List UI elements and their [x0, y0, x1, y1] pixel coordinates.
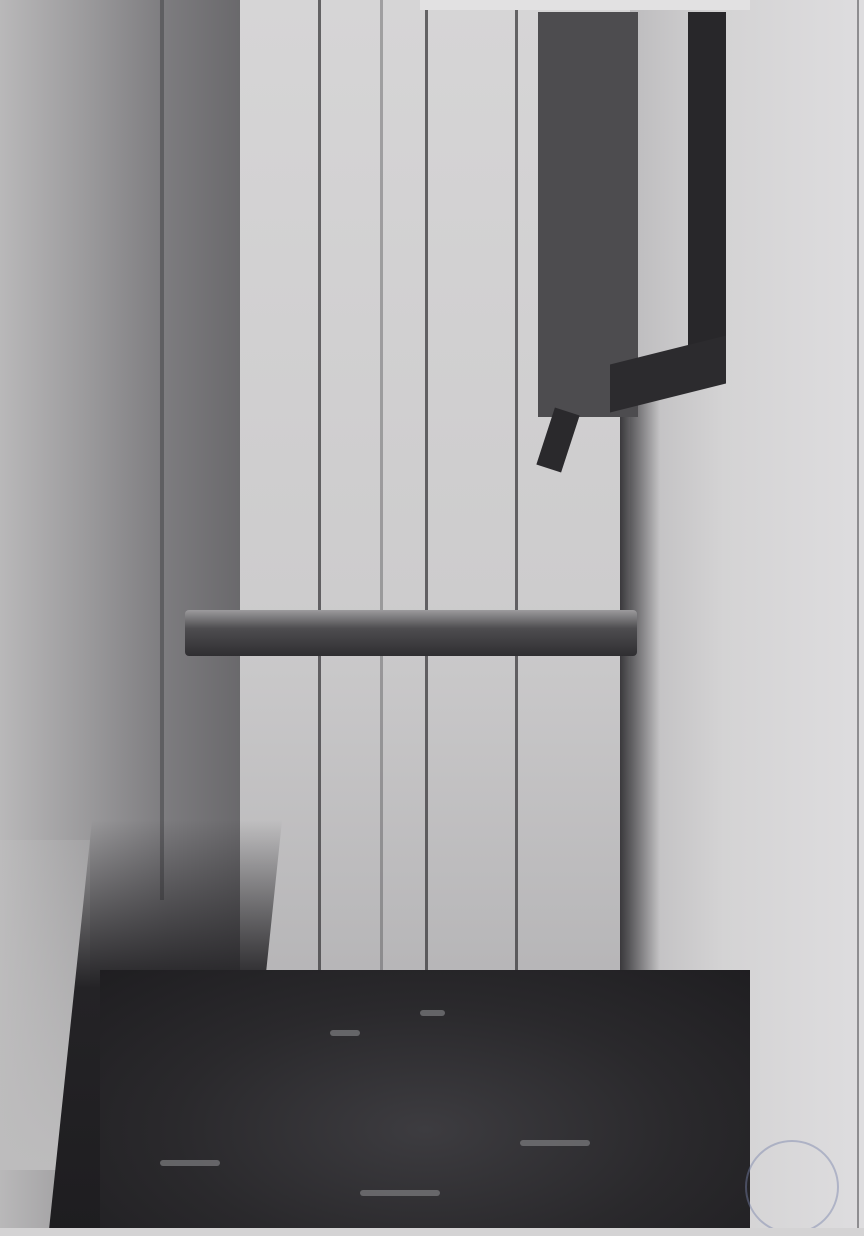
photograph	[0, 0, 864, 1236]
hanging-frame	[688, 12, 726, 372]
plank-seam	[380, 0, 383, 980]
horizontal-bar	[185, 610, 637, 656]
debris	[520, 1140, 590, 1146]
debris	[160, 1160, 220, 1166]
print-edge	[857, 0, 859, 1236]
debris	[330, 1030, 360, 1036]
hanging-object	[538, 12, 638, 417]
plank-seam	[318, 0, 321, 980]
debris	[420, 1010, 445, 1016]
debris	[360, 1190, 440, 1196]
top-beam	[420, 0, 750, 10]
faint-stamp	[745, 1140, 839, 1234]
plank-seam	[425, 0, 428, 980]
print-margin	[0, 1228, 864, 1236]
plank-seam	[515, 0, 518, 980]
